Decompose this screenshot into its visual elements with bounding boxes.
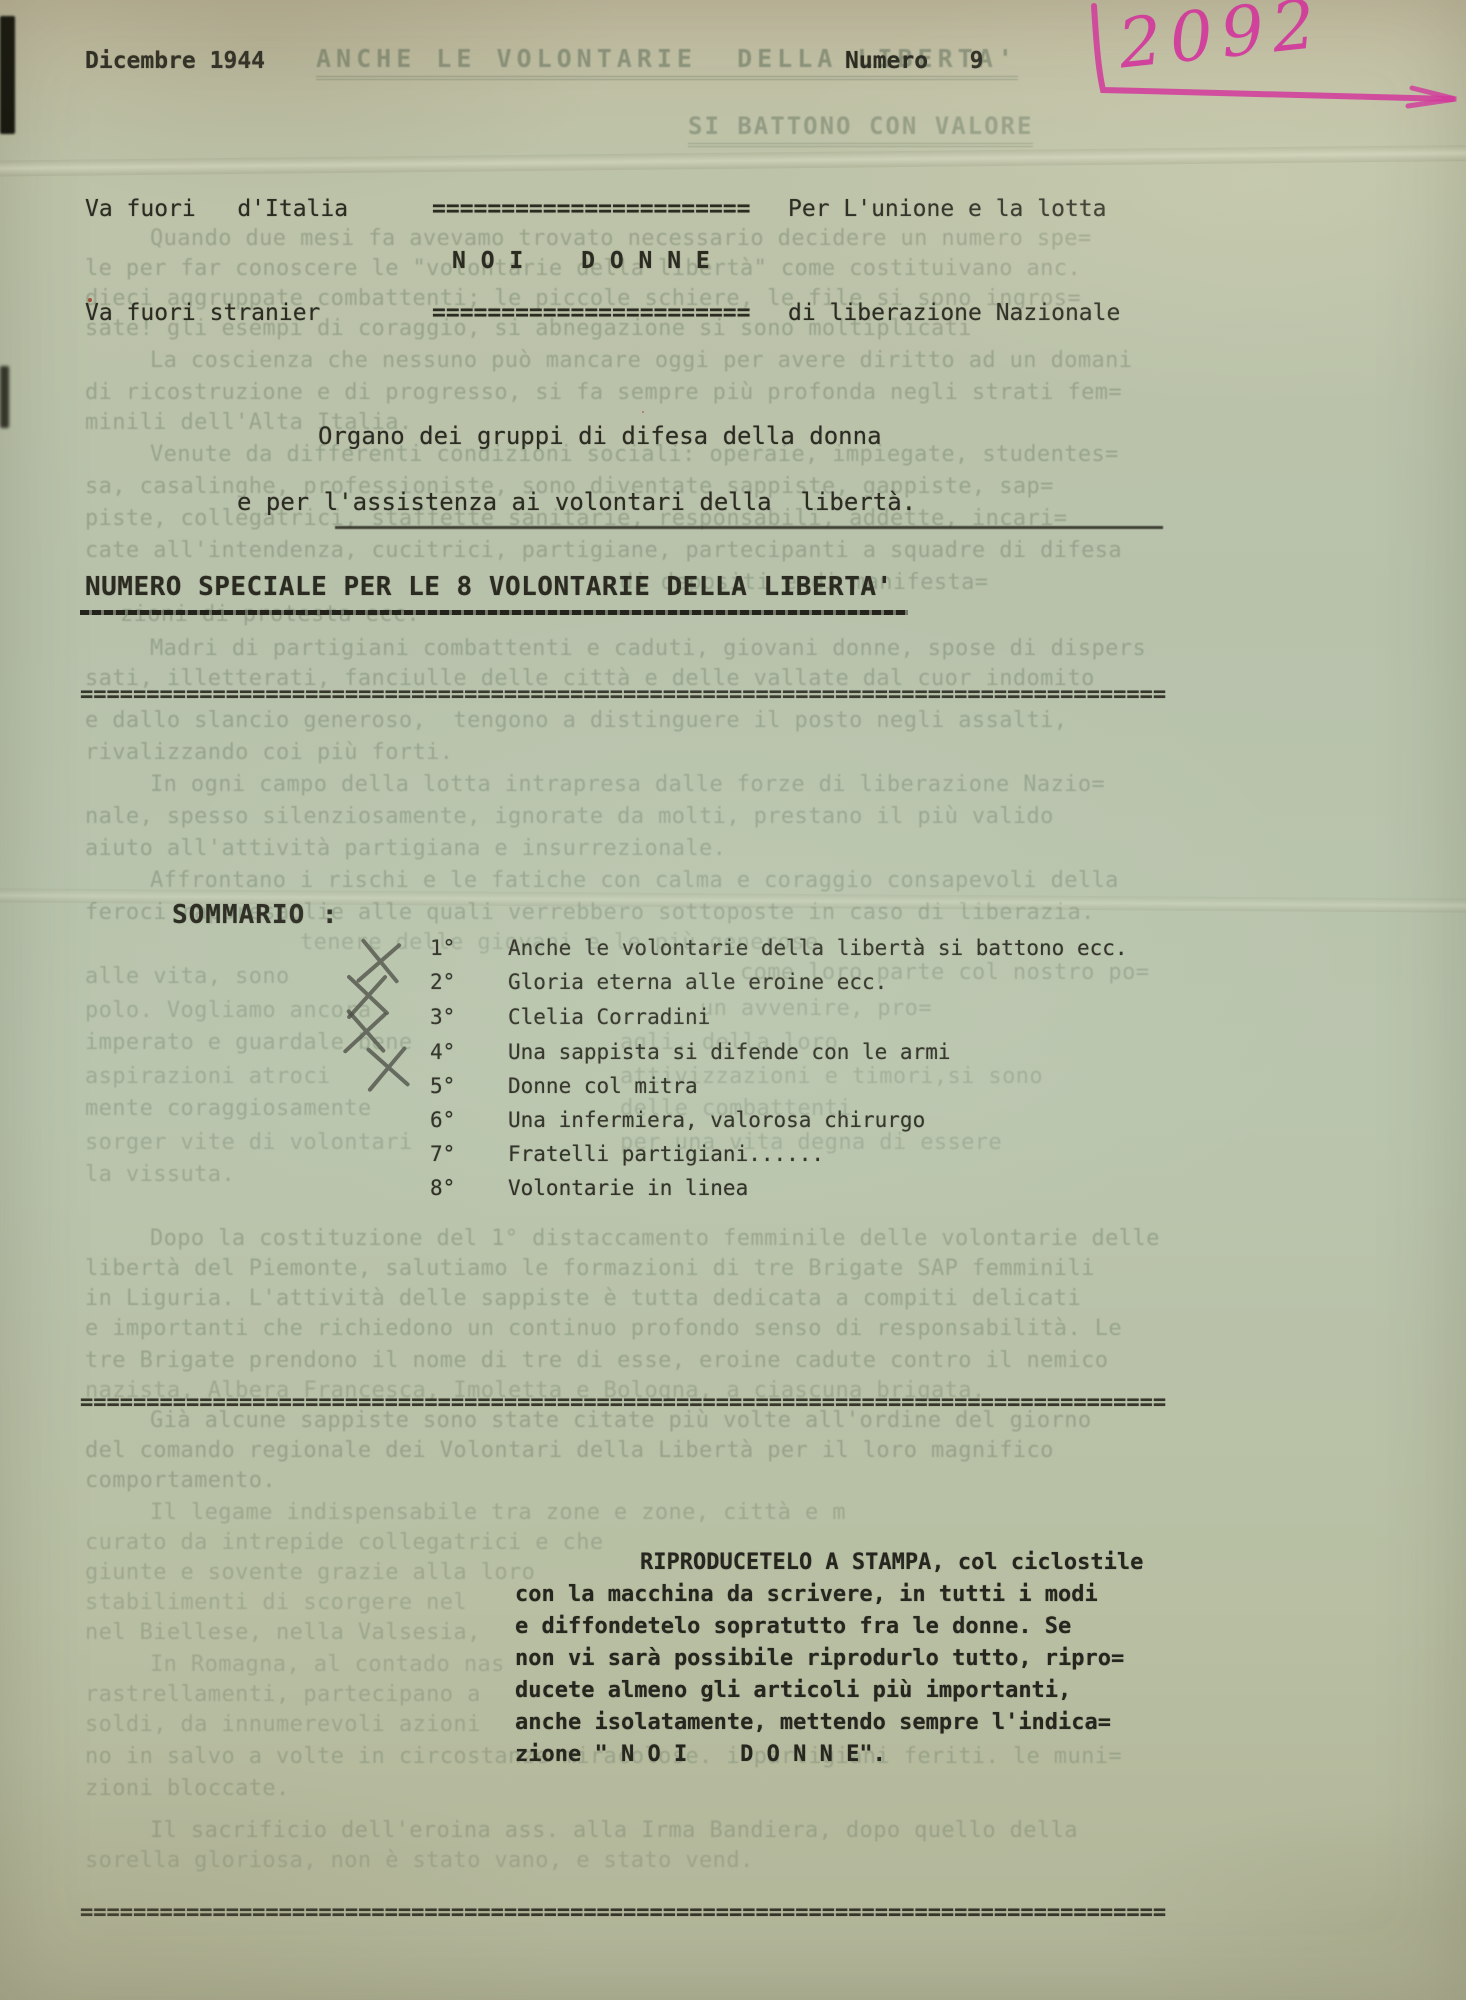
masthead-divider-2: =======================	[432, 300, 751, 326]
archival-stamp: 2092	[1056, 0, 1466, 140]
sommario-item-number: 5°	[430, 1074, 455, 1098]
bleedthrough-line: Dopo la costituzione del 1° distaccament…	[150, 1226, 1160, 1251]
sommario-item-title: Una sappista si difende con le armi	[508, 1040, 951, 1064]
bleedthrough-line: libertà del Piemonte, salutiamo le forma…	[85, 1256, 1095, 1281]
sommario-item: 7° Fratelli partigiani......	[0, 1142, 1466, 1172]
bleedthrough-line: rastrellamenti, partecipano a	[85, 1682, 481, 1707]
masthead-left-line1: Va fuori d'Italia	[85, 196, 348, 222]
masthead-divider-1: =======================	[432, 196, 751, 222]
sommario-item-number: 6°	[430, 1108, 455, 1132]
bleedthrough-line: Il sacrificio dell'eroina ass. alla Irma…	[150, 1818, 1078, 1843]
bleedthrough-line: rivalizzando coi più forti.	[85, 740, 453, 765]
sommario-item-title: Gloria eterna alle eroine ecc.	[508, 970, 887, 994]
notice-line: zione " N O I D O N N E".	[515, 1742, 886, 1767]
sommario-item-title: Donne col mitra	[508, 1074, 698, 1098]
bleedthrough-line: soldi, da innumerevoli azioni	[85, 1712, 481, 1737]
scan-edge-mark	[0, 16, 15, 134]
notice-line: ducete almeno gli articoli più important…	[515, 1678, 1071, 1703]
sommario-item-title: Fratelli partigiani......	[508, 1142, 824, 1166]
bleedthrough-line: nale, spesso silenziosamente, ignorate d…	[85, 804, 1054, 829]
bleedthrough-line: stabilimenti di scorgere nel	[85, 1590, 467, 1615]
subtitle-underline	[335, 526, 1163, 529]
bleedthrough-line: tre Brigate prendono il nome di tre di e…	[85, 1348, 1108, 1373]
publication-title: N O I D O N N E	[452, 248, 710, 274]
sommario-item: 6° Una infermiera, valorosa chirurgo	[0, 1108, 1466, 1138]
notice-line: RIPRODUCETELO A STAMPA, col ciclostile	[640, 1550, 1143, 1575]
bleedthrough-line: Il legame indispensabile tra zone e zone…	[150, 1500, 846, 1525]
bleedthrough-line: Affrontano i rischi e le fatiche con cal…	[150, 868, 1119, 893]
sommario-item: 3° Clelia Corradini	[0, 1005, 1466, 1035]
bleedthrough-line: zioni bloccate.	[85, 1776, 290, 1801]
notice-line: e diffondetelo sopratutto fra le donne. …	[515, 1614, 1071, 1639]
bleedthrough-line: aiuto all'attività partigiana e insurrez…	[85, 836, 726, 861]
sommario-item: 8° Volontarie in linea	[0, 1176, 1466, 1206]
bleedthrough-line: sorella gloriosa, non è stato vano, e st…	[85, 1848, 754, 1873]
notice-line: con la macchina da scrivere, in tutti i …	[515, 1582, 1098, 1607]
notice-line: anche isolatamente, mettendo sempre l'in…	[515, 1710, 1111, 1735]
sommario-item-number: 1°	[430, 936, 455, 960]
bleedthrough-line: e dallo slancio generoso, tengono a dist…	[85, 708, 1067, 733]
notice-line: non vi sarà possibile riprodurlo tutto, …	[515, 1646, 1124, 1671]
bleedthrough-line: in Liguria. L'attività delle sappiste è …	[85, 1286, 1081, 1311]
bleedthrough-line: di ricostruzione e di progresso, si fa s…	[85, 380, 1122, 405]
bleedthrough-line: del comando regionale dei Volontari dell…	[85, 1438, 1054, 1463]
bleedthrough-line: curato da intrepide collegatrici e che	[85, 1530, 604, 1555]
bleedthrough-line: e importanti che richiedono un continuo …	[85, 1316, 1122, 1341]
bleedthrough-line: nel Biellese, nella Valsesia,	[85, 1620, 481, 1645]
sommario-item-title: Anche le volontarie della libertà si bat…	[508, 936, 1128, 960]
sommario-item-number: 4°	[430, 1040, 455, 1064]
sommario-item: 1° Anche le volontarie della libertà si …	[0, 936, 1466, 966]
subtitle-line2: e per l'assistenza ai volontari della li…	[237, 488, 916, 516]
section-divider-bottom: ========================================…	[80, 1900, 1166, 1925]
bleedthrough-line: cate all'intendenza, cucitrici, partigia…	[85, 538, 1122, 563]
bleedthrough-line: giunte e sovente grazie alla loro	[85, 1560, 535, 1585]
bleedthrough-line: SI BATTONO CON VALORE	[688, 112, 1033, 147]
sommario-item: 4° Una sappista si difende con le armi	[0, 1040, 1466, 1070]
issue-date: Dicembre 1944	[85, 48, 265, 74]
pencil-x-mark	[362, 1042, 414, 1092]
sommario-item-number: 8°	[430, 1176, 455, 1200]
scanned-document-page: ANCHE LE VOLONTARIE DELLA LIBERTA'SI BAT…	[0, 0, 1466, 2000]
bleedthrough-line: Madri di partigiani combattenti e caduti…	[150, 636, 1146, 661]
section-divider-top: ========================================…	[80, 682, 1166, 707]
sommario-item-title: Volontarie in linea	[508, 1176, 748, 1200]
subtitle-line1: Organo dei gruppi di difesa della donna	[318, 422, 882, 450]
sommario-item: 2° Gloria eterna alle eroine ecc.	[0, 970, 1466, 1000]
sommario-heading: SOMMARIO :	[172, 900, 339, 930]
sommario-item-title: Una infermiera, valorosa chirurgo	[508, 1108, 925, 1132]
sommario-item: 5° Donne col mitra	[0, 1074, 1466, 1104]
scan-edge-mark	[0, 366, 9, 428]
masthead-right-line1: Per L'unione e la lotta	[788, 196, 1107, 222]
bleedthrough-line: In Romagna, al contado nas	[150, 1652, 505, 1677]
masthead-left-line2: Va fuori stranier	[85, 300, 320, 326]
special-issue-headline: NUMERO SPECIALE PER LE 8 VOLONTARIE DELL…	[85, 572, 893, 602]
issue-number: Numero 9	[845, 48, 983, 74]
sommario-item-number: 2°	[430, 970, 455, 994]
special-issue-underline	[80, 610, 908, 615]
masthead-right-line2: di liberazione Nazionale	[788, 300, 1120, 326]
section-divider-middle: ========================================…	[80, 1390, 1166, 1415]
sommario-item-number: 7°	[430, 1142, 455, 1166]
sommario-item-number: 3°	[430, 1005, 455, 1029]
bleedthrough-line: In ogni campo della lotta intrapresa dal…	[150, 772, 1105, 797]
bleedthrough-line: comportamento.	[85, 1468, 276, 1493]
sommario-item-title: Clelia Corradini	[508, 1005, 710, 1029]
bleedthrough-line: La coscienza che nessuno può mancare ogg…	[150, 348, 1132, 373]
